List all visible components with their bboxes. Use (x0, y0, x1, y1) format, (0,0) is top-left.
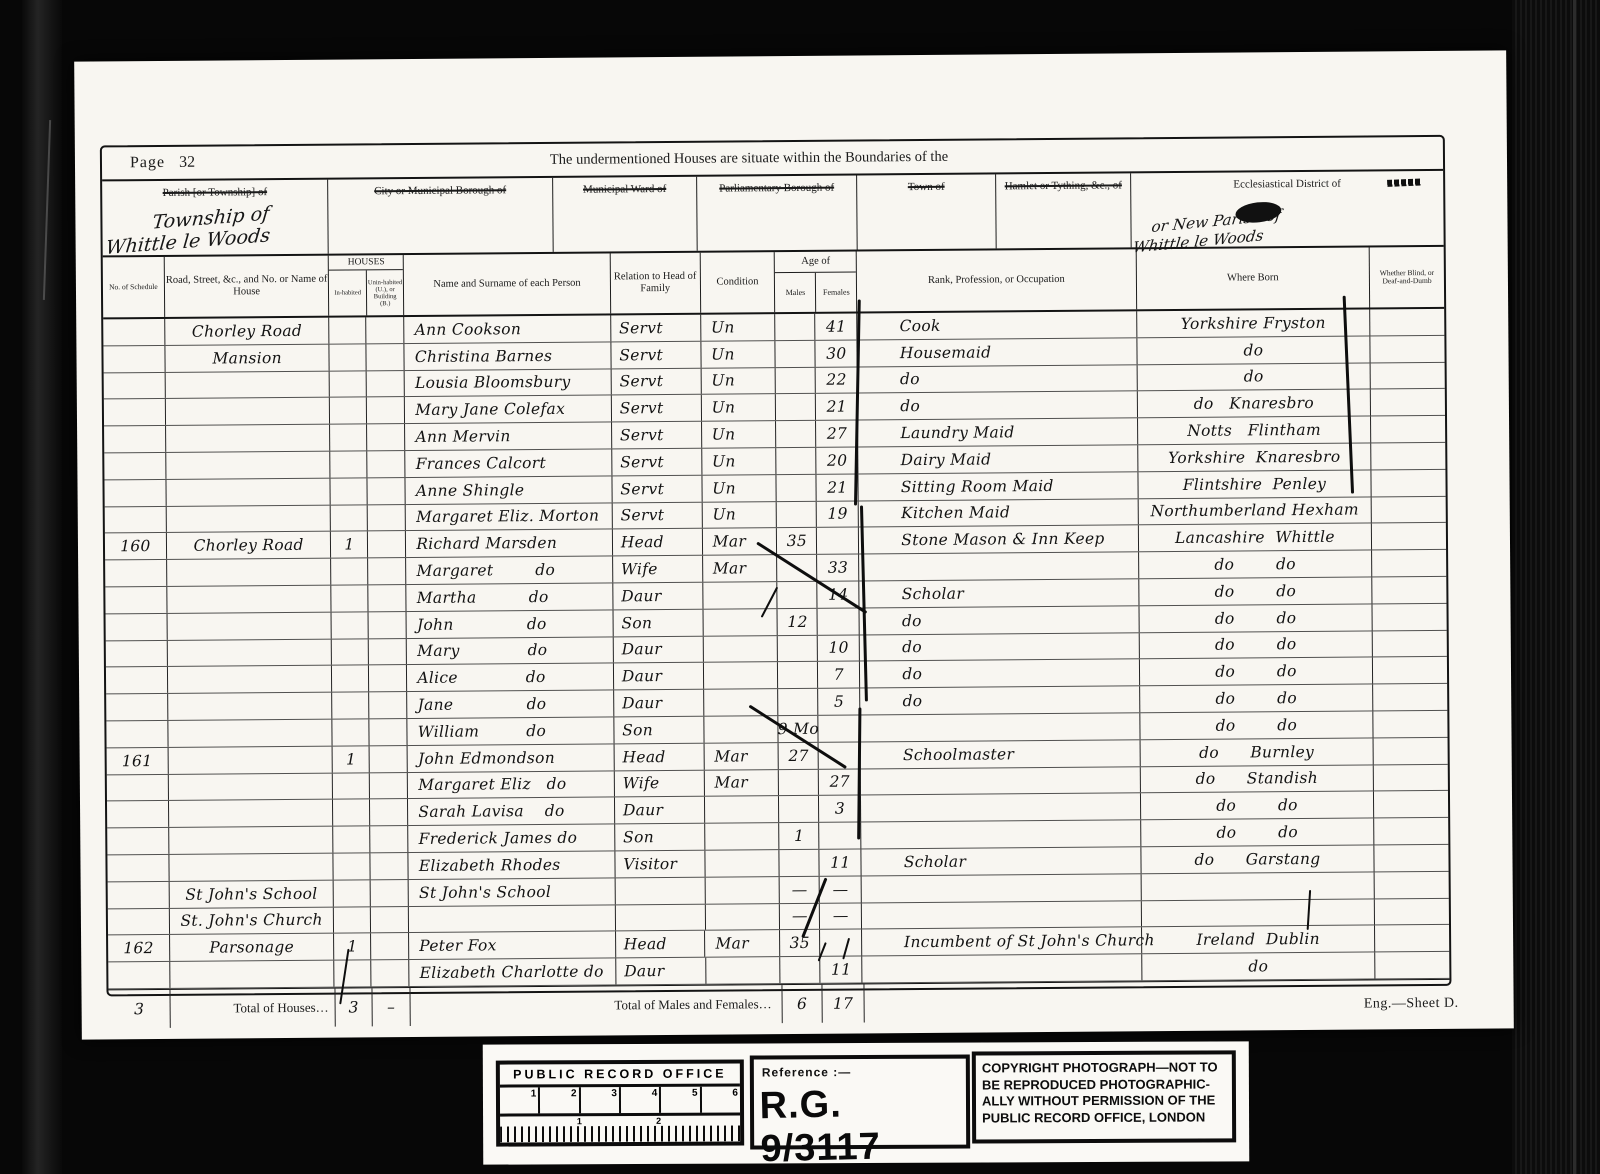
cell-road (169, 854, 334, 881)
cell-relation: Daur (614, 636, 704, 663)
cell-age-females: 11 (821, 957, 863, 983)
col-blind: Whether Blind, or Deaf-and-Dumb (1370, 247, 1444, 308)
cell-blind (1374, 818, 1448, 844)
cell-blind (1372, 577, 1446, 603)
cell-condition: Mar (703, 555, 778, 581)
cell-blind (1372, 523, 1446, 549)
cell-name: Elizabeth Charlotte do (410, 959, 617, 986)
cell-age-females: 5 (819, 689, 861, 715)
cell-age-females: 33 (817, 555, 859, 581)
reference-box: Reference :— R.G. 9/3117 (750, 1055, 970, 1150)
cell-born: Ireland Dublin (1142, 926, 1376, 954)
cell-relation: Servt (612, 395, 702, 422)
cell-uninhabited (370, 719, 408, 745)
cell-condition (704, 662, 779, 688)
ruler-inch: 5 (661, 1087, 701, 1113)
cell-age-males: 12 (778, 609, 818, 635)
census-page: Page 32 The undermentioned Houses are si… (74, 50, 1514, 1039)
cell-blind (1372, 550, 1446, 576)
cell-age-males: — (780, 877, 820, 903)
cell-relation: Daur (614, 663, 704, 690)
cell-occupation: do (860, 686, 1140, 714)
pro-ruler-inches: 1 2 3 4 5 6 (500, 1087, 740, 1117)
cell-name: Lousia Bloomsbury (405, 369, 612, 396)
cell-inhabited (334, 853, 371, 879)
cell-uninhabited (368, 531, 406, 557)
cell-uninhabited (370, 692, 408, 718)
boundary-label: Parish [or Township] of (157, 186, 274, 200)
cell-born: do do (1140, 658, 1374, 686)
pro-stamp-strip: PUBLIC RECORD OFFICE 1 2 3 4 5 6 1 2 Ref… (483, 1041, 1250, 1164)
cell-uninhabited (369, 612, 407, 638)
cell-road (166, 478, 331, 505)
col-schedule: No. of Schedule (103, 257, 165, 317)
cell-relation (615, 877, 705, 904)
boundary-label: City or Municipal Borough of (368, 184, 512, 198)
cell-age-females: 27 (816, 421, 858, 447)
cell-born: do do (1139, 577, 1373, 605)
cell-age-females: 10 (818, 635, 860, 661)
copyright-line: ALLY WITHOUT PERMISSION OF THE (982, 1092, 1226, 1110)
cell-relation: Servt (611, 315, 701, 342)
boundary-label: Town of (902, 181, 951, 194)
cell-blind (1374, 764, 1448, 790)
cell-name: Christina Barnes (405, 342, 612, 369)
cell-road (167, 505, 332, 532)
cell-condition: Mar (704, 743, 779, 769)
totals-males-females-label: Total of Males and Females… (410, 985, 782, 1026)
cell-age-males (777, 501, 817, 527)
cell-road (167, 559, 332, 586)
cell-blind (1371, 362, 1445, 388)
cell-age-males (778, 582, 818, 608)
cell-uninhabited (368, 451, 406, 477)
cell-blind (1373, 630, 1447, 656)
col-age: Age of Males Females (775, 251, 857, 312)
cell-born: Northumberland Hexham (1138, 497, 1372, 525)
col-condition: Condition (700, 252, 775, 313)
cell-occupation (862, 901, 1142, 929)
cell-blind (1371, 416, 1445, 442)
col-road: Road, Street, &c., and No. or Name of Ho… (165, 256, 330, 317)
copyright-line: PUBLIC RECORD OFFICE, LONDON (982, 1109, 1226, 1127)
ruler-number: 1 (577, 1116, 582, 1126)
cell-name: Alice do (407, 664, 614, 691)
cell-age-males (777, 448, 817, 474)
cell-name: Margaret Eliz. Morton (406, 503, 613, 530)
cell-inhabited (330, 371, 367, 397)
cell-blind (1373, 711, 1447, 737)
cell-uninhabited (371, 826, 409, 852)
cell-uninhabited (367, 344, 405, 370)
copyright-line: BE REPRODUCED PHOTOGRAPHIC- (982, 1076, 1226, 1094)
cell-occupation: do (858, 365, 1138, 393)
boundary-cell: Municipal Ward of (553, 177, 698, 252)
cell-schedule (104, 480, 166, 506)
cell-age-females: 22 (816, 367, 858, 393)
cell-schedule (105, 560, 167, 586)
cell-blind (1374, 791, 1448, 817)
cell-age-females: 21 (817, 474, 859, 500)
cell-born: do (1137, 336, 1371, 364)
cell-uninhabited (368, 478, 406, 504)
cell-inhabited (330, 398, 367, 424)
cell-relation: Head (613, 529, 703, 556)
cell-blind (1373, 657, 1447, 683)
cell-occupation: Dairy Maid (859, 445, 1139, 473)
cell-age-males (778, 662, 818, 688)
boundary-cell: Town of (857, 174, 997, 249)
cell-born: do do (1140, 685, 1374, 713)
cell-condition: Mar (705, 930, 780, 956)
cell-schedule (108, 962, 170, 988)
cell-schedule (104, 426, 166, 452)
cell-born: do Standish (1140, 765, 1374, 793)
cell-name: Peter Fox (409, 932, 616, 959)
cell-condition: Un (702, 475, 777, 501)
cell-inhabited (333, 773, 370, 799)
cell-uninhabited (370, 746, 408, 772)
cell-occupation (861, 713, 1141, 741)
cell-inhabited (334, 826, 371, 852)
cell-schedule (104, 453, 166, 479)
cell-age-females: 41 (816, 313, 858, 339)
col-name: Name and Surname of each Person (404, 253, 611, 315)
cell-schedule (107, 855, 169, 881)
cell-age-females (817, 528, 859, 554)
cell-road (169, 827, 334, 854)
cell-condition: Un (702, 502, 777, 528)
cell-inhabited: 1 (333, 746, 370, 772)
cell-occupation: Incumbent of St John's Church (862, 928, 1142, 956)
cell-inhabited: 1 (334, 934, 371, 960)
cell-road (168, 639, 333, 666)
cell-relation: Daur (614, 690, 704, 717)
cell-name: Richard Marsden (406, 530, 613, 557)
ruler-inch: 4 (621, 1087, 661, 1113)
cell-inhabited (332, 612, 369, 638)
cell-road (166, 452, 331, 479)
cell-occupation: Scholar (862, 847, 1142, 875)
cell-age-females (820, 823, 862, 849)
cell-born: do do (1139, 631, 1373, 659)
cell-born: do do (1141, 792, 1375, 820)
cell-relation: Servt (612, 502, 702, 529)
cell-age-males (776, 314, 816, 340)
col-uninhabited: Unin-habited (U.), or Building (B.) (367, 270, 404, 315)
cell-schedule: 160 (105, 533, 167, 559)
cell-occupation: Stone Mason & Inn Keep (859, 526, 1139, 554)
cell-inhabited (334, 907, 371, 933)
cell-name: John Edmondson (408, 744, 615, 771)
cell-age-males (778, 635, 818, 661)
cell-age-males (776, 367, 816, 393)
cell-blind (1371, 443, 1445, 469)
cell-age-males (779, 689, 819, 715)
cell-age-females (819, 715, 861, 741)
cell-blind (1375, 952, 1449, 978)
cell-relation: Head (616, 931, 706, 958)
cell-relation: Son (615, 824, 705, 851)
cell-name: Sarah Lavisa do (408, 798, 615, 825)
cell-inhabited (332, 666, 369, 692)
cell-name: Anne Shingle (406, 476, 613, 503)
totals-houses-label: Total of Houses… (170, 989, 335, 1028)
cell-relation: Daur (615, 797, 705, 824)
cell-uninhabited (370, 799, 408, 825)
cell-relation: Servt (612, 476, 702, 503)
page-title: The undermentioned Houses are situate wi… (195, 144, 1443, 171)
cell-name: Frances Calcort (406, 449, 613, 476)
cell-inhabited (332, 639, 369, 665)
cell-age-males (777, 475, 817, 501)
cell-condition (705, 850, 780, 876)
col-occupation: Rank, Profession, or Occupation (857, 249, 1137, 311)
cell-name (409, 905, 616, 932)
census-table: Page 32 The undermentioned Houses are si… (100, 135, 1452, 997)
cell-road: Chorley Road (167, 532, 332, 559)
cell-blind (1375, 925, 1449, 951)
cell-age-females: 21 (816, 394, 858, 420)
cell-blind (1375, 898, 1449, 924)
cell-age-females: 3 (819, 796, 861, 822)
cell-blind (1375, 872, 1449, 898)
ruler-inch: 6 (702, 1087, 740, 1113)
book-spine-edge (22, 0, 62, 1174)
census-scan: Page 32 The undermentioned Houses are si… (0, 0, 1600, 1174)
cell-uninhabited (367, 397, 405, 423)
cell-born: do Burnley (1140, 738, 1374, 766)
cell-occupation: Sitting Room Maid (859, 472, 1139, 500)
cell-uninhabited (368, 505, 406, 531)
cell-road (169, 800, 334, 827)
cell-relation: Servt (611, 368, 701, 395)
cell-condition (706, 957, 781, 983)
cell-relation: Daur (616, 958, 706, 985)
table-body: Chorley Road Ann Cookson Servt Un 41 Coo… (103, 309, 1449, 989)
cell-inhabited (332, 585, 369, 611)
boundary-cell: City or Municipal Borough of (328, 178, 553, 254)
cell-age-males (781, 957, 821, 983)
cell-name: William do (408, 717, 615, 744)
ruler-inch: 1 (500, 1087, 540, 1113)
cell-uninhabited (371, 853, 409, 879)
col-relation: Relation to Head of Family (611, 253, 701, 314)
cell-road (166, 425, 331, 452)
cell-age-males (776, 341, 816, 367)
cell-uninhabited (371, 880, 409, 906)
cell-schedule (106, 614, 168, 640)
cell-schedule (105, 587, 167, 613)
cell-name: Ann Mervin (405, 423, 612, 450)
cell-uninhabited (368, 558, 406, 584)
cell-schedule (107, 828, 169, 854)
cell-born (1142, 899, 1376, 927)
cell-occupation: Schoolmaster (861, 740, 1141, 768)
cell-inhabited: 1 (331, 532, 368, 558)
cell-road (168, 746, 333, 773)
cell-inhabited (331, 478, 368, 504)
cell-uninhabited (367, 424, 405, 450)
cell-condition: Un (701, 395, 776, 421)
cell-born: do do (1139, 551, 1373, 579)
cell-condition (705, 904, 780, 930)
cell-inhabited (335, 960, 372, 986)
boundary-cell: Hamlet or Tything, &c., of (996, 173, 1131, 248)
cell-condition (703, 609, 778, 635)
cell-inhabited (331, 505, 368, 531)
cell-born: Notts Flintham (1138, 417, 1372, 445)
cell-occupation: Scholar (860, 579, 1140, 607)
cell-schedule (104, 373, 166, 399)
cell-uninhabited (367, 371, 405, 397)
copyright-line: COPYRIGHT PHOTOGRAPH—NOT TO (982, 1059, 1226, 1077)
cell-relation: Wife (613, 556, 703, 583)
cell-born: Flintshire Penley (1138, 470, 1372, 498)
cell-name: Margaret do (406, 557, 613, 584)
cell-occupation (861, 767, 1141, 795)
cell-schedule (107, 801, 169, 827)
cell-born: do Garstang (1141, 845, 1375, 873)
totals-females: 17 (822, 984, 864, 1022)
ruler-inch: 2 (540, 1087, 580, 1113)
cell-age-females: 20 (817, 447, 859, 473)
cell-condition: Un (702, 448, 777, 474)
copyright-box: COPYRIGHT PHOTOGRAPH—NOT TO BE REPRODUCE… (972, 1050, 1236, 1143)
cell-condition (704, 689, 779, 715)
cell-uninhabited (367, 317, 405, 343)
ruler-inch: 3 (581, 1087, 621, 1113)
cell-age-males (779, 769, 819, 795)
cell-schedule (107, 774, 169, 800)
cell-name: Ann Cookson (404, 315, 611, 342)
cell-condition: Un (701, 368, 776, 394)
boundary-cell: Parliamentary Borough of (697, 175, 857, 250)
ruler-number: 3 (611, 1088, 617, 1099)
cell-road (168, 720, 333, 747)
cell-road (168, 666, 333, 693)
cell-condition: Mar (704, 770, 779, 796)
cell-schedule: 161 (107, 748, 169, 774)
col-inhabited: In-habited (329, 270, 367, 315)
pro-title: PUBLIC RECORD OFFICE (500, 1064, 740, 1088)
cell-name: Frederick James do (408, 825, 615, 852)
boundary-label: Municipal Ward of (577, 183, 672, 197)
cell-inhabited (334, 880, 371, 906)
cell-blind (1371, 336, 1445, 362)
cell-schedule (106, 667, 168, 693)
cell-uninhabited (372, 960, 410, 986)
cell-occupation (862, 874, 1142, 902)
cell-name: St John's School (409, 878, 616, 905)
cell-condition (705, 877, 780, 903)
cell-born (1141, 872, 1375, 900)
cell-relation: Servt (612, 449, 702, 476)
col-age-title: Age of (775, 252, 856, 274)
cell-age-females: 27 (819, 769, 861, 795)
cell-condition (705, 796, 780, 822)
cell-occupation: do (860, 633, 1140, 661)
cell-born: Yorkshire Knaresbro (1138, 443, 1372, 471)
cell-born: do do (1139, 604, 1373, 632)
cell-relation: Son (613, 609, 703, 636)
cell-uninhabited (371, 933, 409, 959)
cell-relation: Visitor (615, 851, 705, 878)
cell-relation: Wife (615, 770, 705, 797)
cell-occupation (863, 954, 1143, 982)
cell-relation: Head (614, 743, 704, 770)
cell-occupation: Laundry Maid (858, 418, 1138, 446)
cell-condition (703, 636, 778, 662)
ruler-number: 1 (531, 1088, 537, 1099)
cell-inhabited (330, 344, 367, 370)
cell-uninhabited (369, 665, 407, 691)
cell-schedule (108, 882, 170, 908)
cell-name: Jane do (407, 691, 614, 718)
cell-relation (616, 904, 706, 931)
reference-number: R.G. 9/3117 (759, 1081, 967, 1171)
cell-schedule: 162 (108, 935, 170, 961)
cell-age-males: 35 (780, 930, 820, 956)
ruler-number: 5 (692, 1088, 698, 1099)
cell-occupation: do (860, 606, 1140, 634)
cell-occupation: Housemaid (858, 338, 1138, 366)
cell-relation: Servt (611, 342, 701, 369)
totals-uninhabited: – (372, 988, 410, 1026)
cell-age-males (780, 850, 820, 876)
cell-occupation: Kitchen Maid (859, 499, 1139, 527)
cell-born: Lancashire Whittle (1139, 524, 1373, 552)
col-born: Where Born (1136, 247, 1370, 309)
cell-age-males: 1 (780, 823, 820, 849)
page-number: 32 (179, 154, 195, 172)
boundary-label: Hamlet or Tything, &c., of (999, 179, 1128, 193)
col-females: Females (816, 273, 856, 312)
cell-road: Mansion (165, 344, 330, 371)
cell-relation: Daur (613, 583, 703, 610)
cell-condition: Un (702, 421, 777, 447)
page-edge-line (1573, 0, 1576, 1174)
ink-scribble (1387, 178, 1421, 186)
column-header-row: No. of Schedule Road, Street, &c., and N… (103, 247, 1444, 320)
cell-road (170, 961, 335, 988)
cell-blind (1372, 496, 1446, 522)
cell-road (166, 398, 331, 425)
cell-inhabited (333, 800, 370, 826)
cell-occupation (859, 552, 1139, 580)
cell-schedule (106, 640, 168, 666)
cell-blind (1373, 684, 1447, 710)
col-houses-title: HOUSES (329, 255, 403, 271)
cell-name: Martha do (407, 583, 614, 610)
cell-born: do do (1141, 819, 1375, 847)
cell-schedule (105, 507, 167, 533)
cell-road (167, 612, 332, 639)
cell-name: Mary do (407, 637, 614, 664)
col-houses: HOUSES In-habited Unin-habited (U.), or … (329, 255, 404, 316)
cell-blind (1373, 604, 1447, 630)
cell-blind (1370, 309, 1444, 335)
cell-road: Chorley Road (165, 318, 330, 345)
cell-occupation (861, 794, 1141, 822)
cell-relation: Servt (612, 422, 702, 449)
cell-road: Parsonage (170, 934, 335, 961)
cell-born: do do (1140, 711, 1374, 739)
cell-road (168, 693, 333, 720)
cell-age-females: 30 (816, 340, 858, 366)
cell-schedule (108, 908, 170, 934)
cell-age-females: 11 (820, 849, 862, 875)
